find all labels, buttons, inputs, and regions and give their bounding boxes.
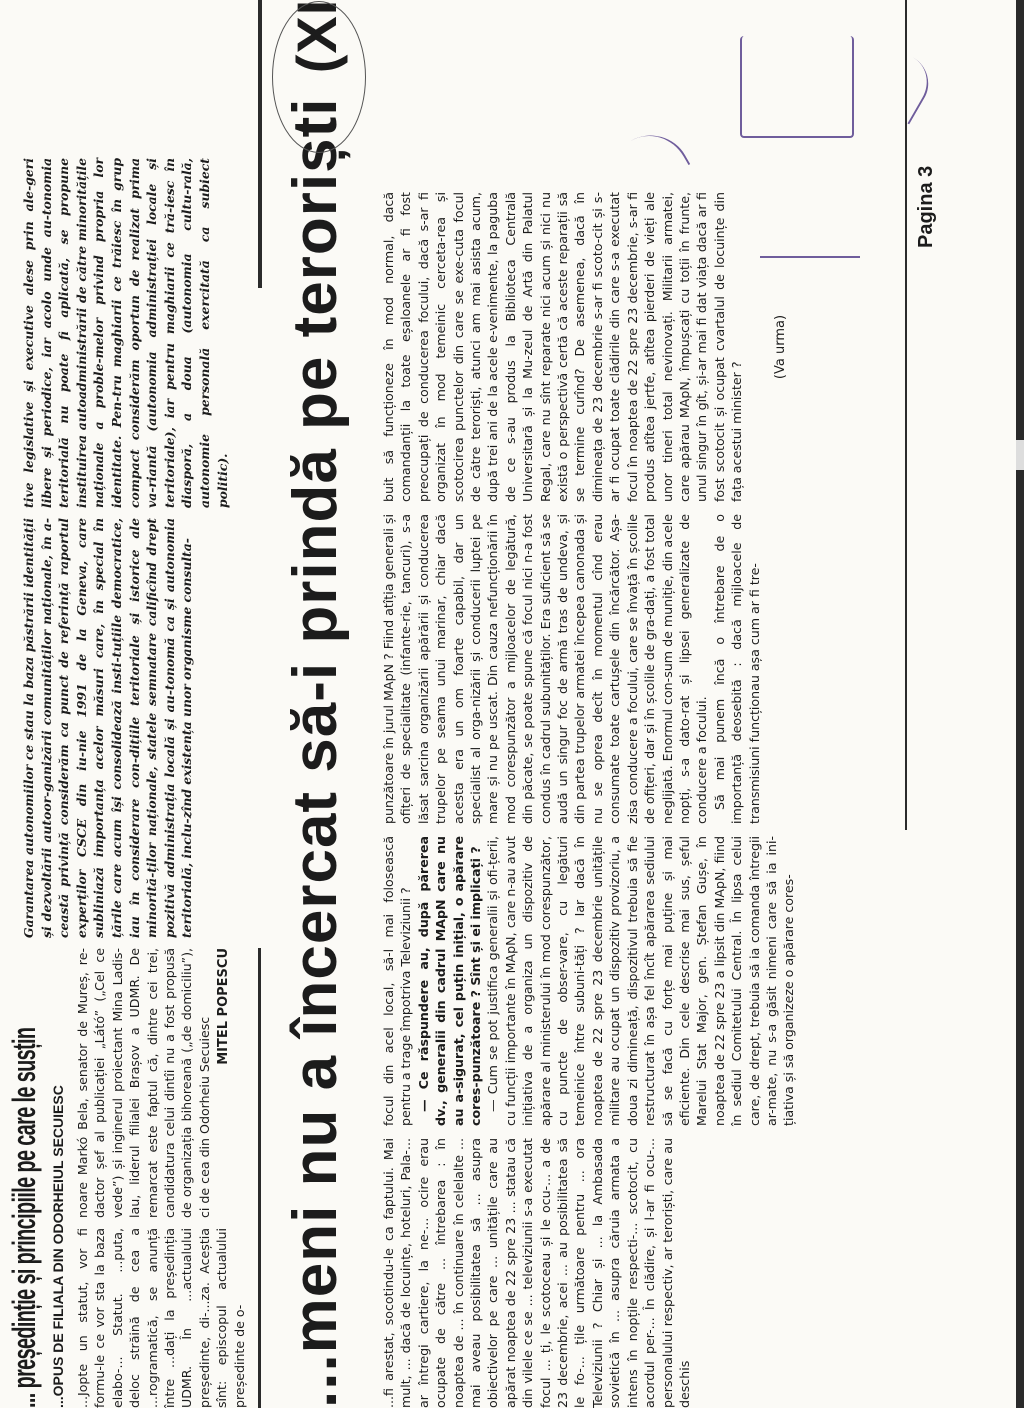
top-article-col3: Garantarea autonomiilor ce stau la baza …: [20, 518, 196, 938]
top-col4-text: tive legislative și executive alese prin…: [20, 158, 231, 508]
scan-border-gap: [1016, 440, 1024, 470]
divider-rule: [258, 948, 261, 1408]
handwritten-stroke: [760, 252, 860, 258]
main-article-headline: ...meni nu a încercat să-i prindă pe ter…: [280, 0, 351, 1408]
top-col3-text: Garantarea autonomiilor ce stau la baza …: [20, 518, 196, 938]
to-be-continued: (Va urma): [772, 192, 789, 502]
top-col1-text: ...Jopte un statut, vor fi formu-le ce v…: [74, 1228, 248, 1408]
handwritten-stroke: [612, 121, 691, 195]
top-col2-text: noare Markó Bela, senator de Mureș, re-d…: [74, 948, 213, 1218]
main-article-col1: ...fi arestat, socotindu-le ca faptului.…: [380, 1138, 693, 1408]
main-col3b-text: Să mai punem încă o întrebare de o impor…: [711, 514, 763, 824]
top-article-col2: noare Markó Bela, senator de Mureș, re-d…: [74, 948, 233, 1218]
main-article-col4: buit să funcționeze în mod normal, dacă …: [380, 192, 789, 502]
headline-text: ...meni nu a încercat să-i prindă pe ter…: [281, 98, 350, 1408]
page-number: Pagina 3: [915, 166, 938, 248]
top-article-col4: tive legislative și executive alese prin…: [20, 158, 231, 508]
main-col3-text: punzătoare în jurul MApN ? Fiind atîția …: [380, 514, 711, 824]
interview-answer: — Cum se pot justifica generalii și ofi-…: [484, 836, 797, 1126]
footer-rule: [905, 0, 907, 830]
main-col4-text: buit să funcționeze în mod normal, dacă …: [380, 192, 746, 502]
top-article-col1: ...Jopte un statut, vor fi formu-le ce v…: [74, 1228, 248, 1408]
main-article-col2: focul din acel local, să-l mai foloseasc…: [380, 836, 798, 1126]
newspaper-page: ... președinție și principiile pe care l…: [0, 0, 1016, 1408]
main-article-col3: punzătoare în jurul MApN ? Fiind atîția …: [380, 514, 763, 824]
top-article-headline: ... președinție și principiile pe care l…: [6, 1028, 43, 1408]
handwritten-bracket-mark: [740, 36, 854, 138]
author-signature: MITEL POPESCU: [215, 948, 232, 1218]
main-col2-text: focul din acel local, să-l mai foloseasc…: [380, 836, 415, 1126]
scan-border: [1016, 0, 1024, 1408]
interview-question: — Ce răspundere au, după părerea dv., ge…: [415, 836, 485, 1126]
handwritten-circle-mark: [272, 1, 366, 153]
main-col1-text: ...fi arestat, socotindu-le ca faptului.…: [380, 1138, 693, 1408]
top-article-subhead: ...OPUS DE FILIALA DIN ODORHEIUL SECUIES…: [50, 1085, 66, 1408]
divider-rule: [258, 0, 262, 288]
